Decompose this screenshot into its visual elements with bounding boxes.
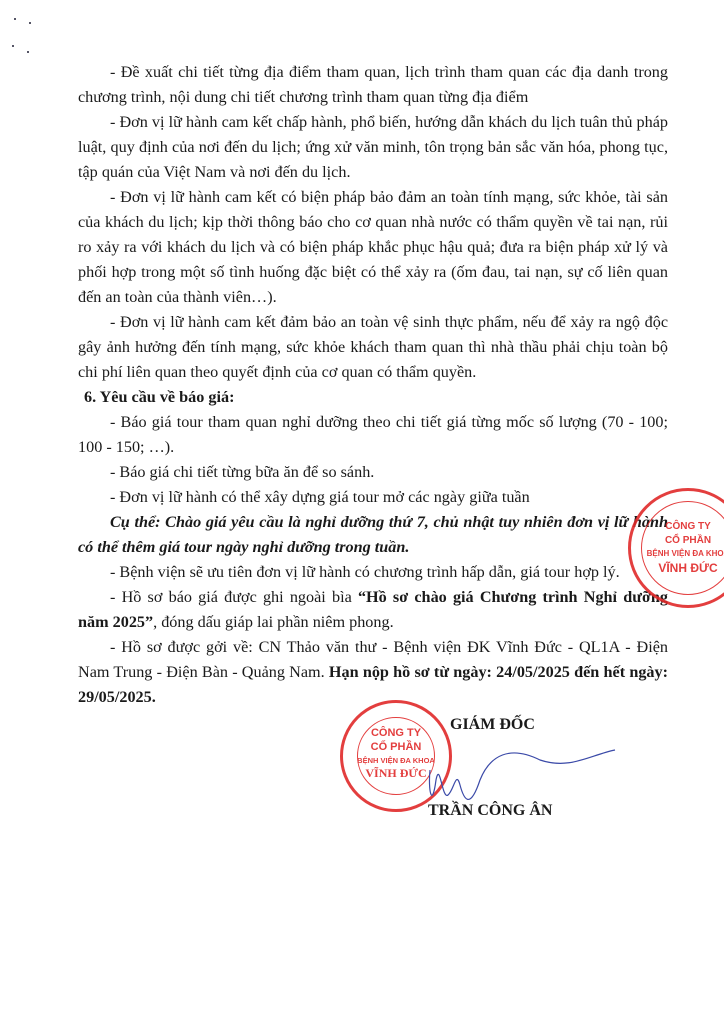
paragraph-compliance: - Đơn vị lữ hành cam kết chấp hành, phổ … [78, 110, 668, 185]
document-body: - Đề xuất chi tiết từng địa điểm tham qu… [78, 60, 668, 710]
envelope-note: - Hồ sơ báo giá được ghi ngoài bìa “Hồ s… [78, 585, 668, 635]
paragraph-safety: - Đơn vị lữ hành cam kết có biện pháp bả… [78, 185, 668, 310]
handwritten-signature [420, 740, 620, 820]
scan-speck [12, 45, 14, 47]
quote-item: - Báo giá tour tham quan nghỉ dưỡng theo… [78, 410, 668, 460]
paragraph-food-safety: - Đơn vị lữ hành cam kết đảm bảo an toàn… [78, 310, 668, 385]
signer-title: GIÁM ĐỐC [450, 716, 552, 734]
scan-speck [29, 22, 31, 24]
paragraph-sightseeing: - Đề xuất chi tiết từng địa điểm tham qu… [78, 60, 668, 110]
envelope-suffix: , đóng dấu giáp lai phần niêm phong. [153, 613, 394, 631]
scan-speck [14, 18, 16, 20]
envelope-prefix: - Hồ sơ báo giá được ghi ngoài bìa [110, 588, 358, 606]
quote-item: - Đơn vị lữ hành có thể xây dựng giá tou… [78, 485, 668, 510]
scan-speck [27, 51, 29, 53]
section-heading: 6. Yêu cầu về báo giá: [78, 385, 668, 410]
quote-item: - Báo giá chi tiết từng bữa ăn để so sán… [78, 460, 668, 485]
stamp-line1: CÔNG TY [343, 727, 449, 739]
side-stamp-line4: VĨNH ĐỨC [631, 561, 724, 575]
priority-note: - Bệnh viện sẽ ưu tiên đơn vị lữ hành có… [78, 560, 668, 585]
side-stamp-line3: BỆNH VIỆN ĐA KHOA [631, 549, 724, 558]
side-stamp-line2: CỔ PHẦN [631, 535, 724, 546]
side-stamp-line1: CÔNG TY [631, 521, 724, 532]
specific-note: Cụ thể: Chào giá yêu cầu là nghỉ dưỡng t… [78, 510, 668, 560]
submission-note: - Hồ sơ được gởi về: CN Thảo văn thư - B… [78, 635, 668, 710]
